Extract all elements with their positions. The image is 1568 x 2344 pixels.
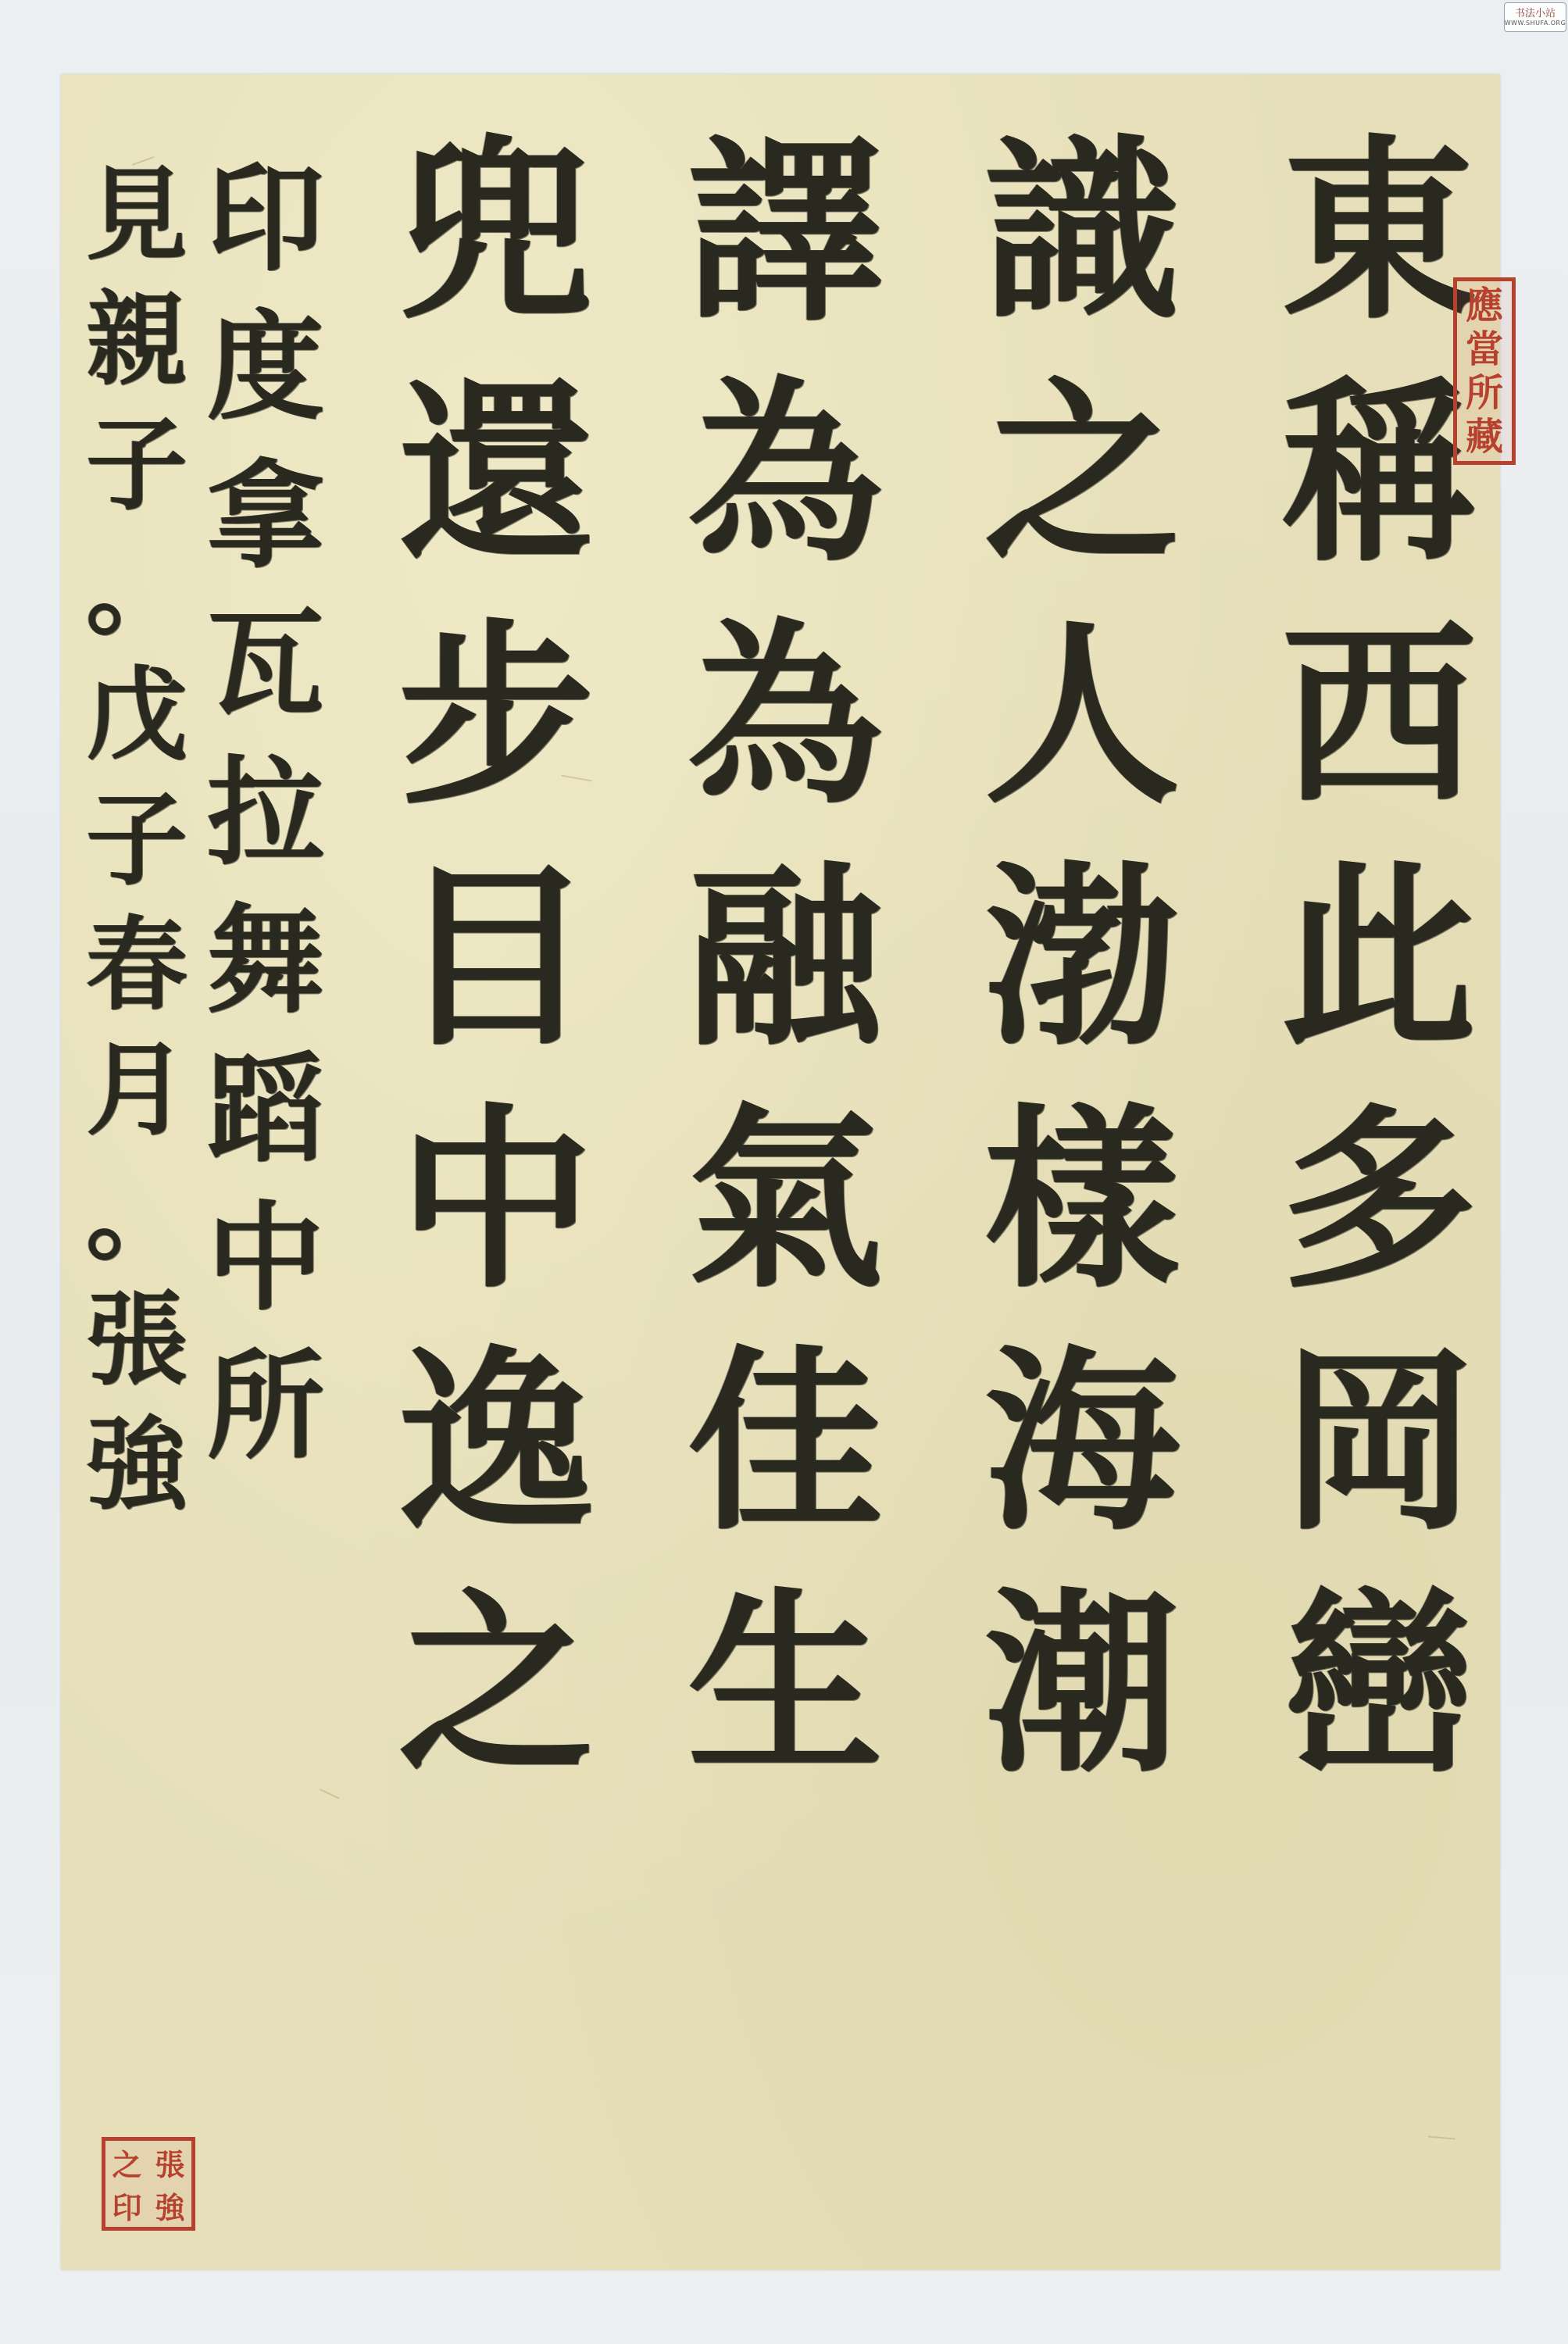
calligraphy-char: 之 <box>398 1586 594 1781</box>
calligraphy-char: 為 <box>688 617 883 813</box>
inscription-char: 中 <box>207 1199 324 1317</box>
seal-char: 當 <box>1466 327 1503 371</box>
calligraphy-char: 生 <box>688 1586 883 1781</box>
calligraphy-char: 兜 <box>398 133 594 328</box>
calligraphy-char: 渤 <box>984 859 1180 1055</box>
calligraphy-char: 目 <box>398 859 594 1055</box>
calligraphy-char: 人 <box>984 617 1180 813</box>
calligraphy-char: 還 <box>398 375 594 570</box>
inscription-column-2: 見 親 子 。 戊 子 春 月 。 張 強 <box>86 164 188 1539</box>
calligraphy-char: 識 <box>984 133 1180 328</box>
watermark-url: WWW.SHUFA.ORG <box>1505 20 1566 27</box>
artist-seal: 之 張 印 強 <box>102 2137 195 2231</box>
calligraphy-char: 海 <box>984 1344 1180 1539</box>
inscription-char: 所 <box>207 1348 324 1465</box>
calligraphy-char: 氣 <box>688 1102 883 1297</box>
inscription-char: 印 <box>207 160 324 277</box>
inscription-char: 月 <box>86 1039 188 1141</box>
calligraphy-char: 中 <box>398 1102 594 1297</box>
main-column-1: 東 稱 西 此 多 岡 巒 <box>1281 133 1477 1828</box>
inscription-char: 瓦 <box>207 606 324 723</box>
inscription-char: 拿 <box>207 457 324 574</box>
calligraphy-char: 逸 <box>398 1344 594 1539</box>
seal-char: 強 <box>155 2184 184 2227</box>
calligraphy-char: 步 <box>398 617 594 813</box>
calligraphy-char: 樣 <box>984 1102 1180 1297</box>
site-watermark: 书法小站 WWW.SHUFA.ORG <box>1504 2 1566 32</box>
inscription-char: 戊 <box>86 664 188 766</box>
collector-seal: 應 當 所 藏 <box>1453 277 1516 465</box>
calligraphy-char: 之 <box>984 375 1180 570</box>
main-column-2: 識 之 人 渤 樣 海 潮 <box>984 133 1180 1828</box>
inscription-char: 度 <box>207 309 324 426</box>
seal-char: 張 <box>155 2141 184 2184</box>
watermark-brand: 书法小站 <box>1515 8 1555 20</box>
calligraphy-char: 佳 <box>688 1344 883 1539</box>
calligraphy-char: 多 <box>1281 1102 1477 1297</box>
inscription-char: 蹈 <box>207 1051 324 1168</box>
inscription-char: 拉 <box>207 754 324 871</box>
calligraphy-char: 巒 <box>1281 1586 1477 1781</box>
calligraphy-char: 稱 <box>1281 375 1477 570</box>
calligraphy-char: 西 <box>1281 617 1477 813</box>
calligraphy-char: 為 <box>688 375 883 570</box>
inscription-char: 舞 <box>207 902 324 1020</box>
seal-char: 印 <box>112 2184 141 2227</box>
paper-fiber <box>1428 2135 1455 2139</box>
paper-fiber <box>320 1788 340 1799</box>
seal-char: 之 <box>112 2141 141 2184</box>
seal-char: 所 <box>1466 371 1503 415</box>
calligraphy-char: 潮 <box>984 1586 1180 1781</box>
inscription-column-1: 印 度 拿 瓦 拉 舞 蹈 中 所 <box>207 160 324 1496</box>
seal-char: 應 <box>1466 284 1503 327</box>
calligraphy-char: 東 <box>1281 133 1477 328</box>
inscription-char: 親 <box>86 289 188 391</box>
seal-char: 藏 <box>1466 415 1503 459</box>
main-column-3: 譯 為 為 融 氣 佳 生 <box>688 133 883 1828</box>
inscription-char: 子 <box>86 789 188 891</box>
inscription-char: 春 <box>86 914 188 1016</box>
inscription-char: 張 <box>86 1289 188 1391</box>
calligraphy-char: 譯 <box>688 133 883 328</box>
inscription-char: 。 <box>86 539 188 641</box>
inscription-char: 強 <box>86 1414 188 1516</box>
calligraphy-char: 岡 <box>1281 1344 1477 1539</box>
inscription-char: 。 <box>86 1164 188 1266</box>
inscription-char: 子 <box>86 414 188 516</box>
calligraphy-char: 此 <box>1281 859 1477 1055</box>
calligraphy-char: 融 <box>688 859 883 1055</box>
main-column-4: 兜 還 步 目 中 逸 之 <box>398 133 594 1828</box>
inscription-char: 見 <box>86 164 188 266</box>
